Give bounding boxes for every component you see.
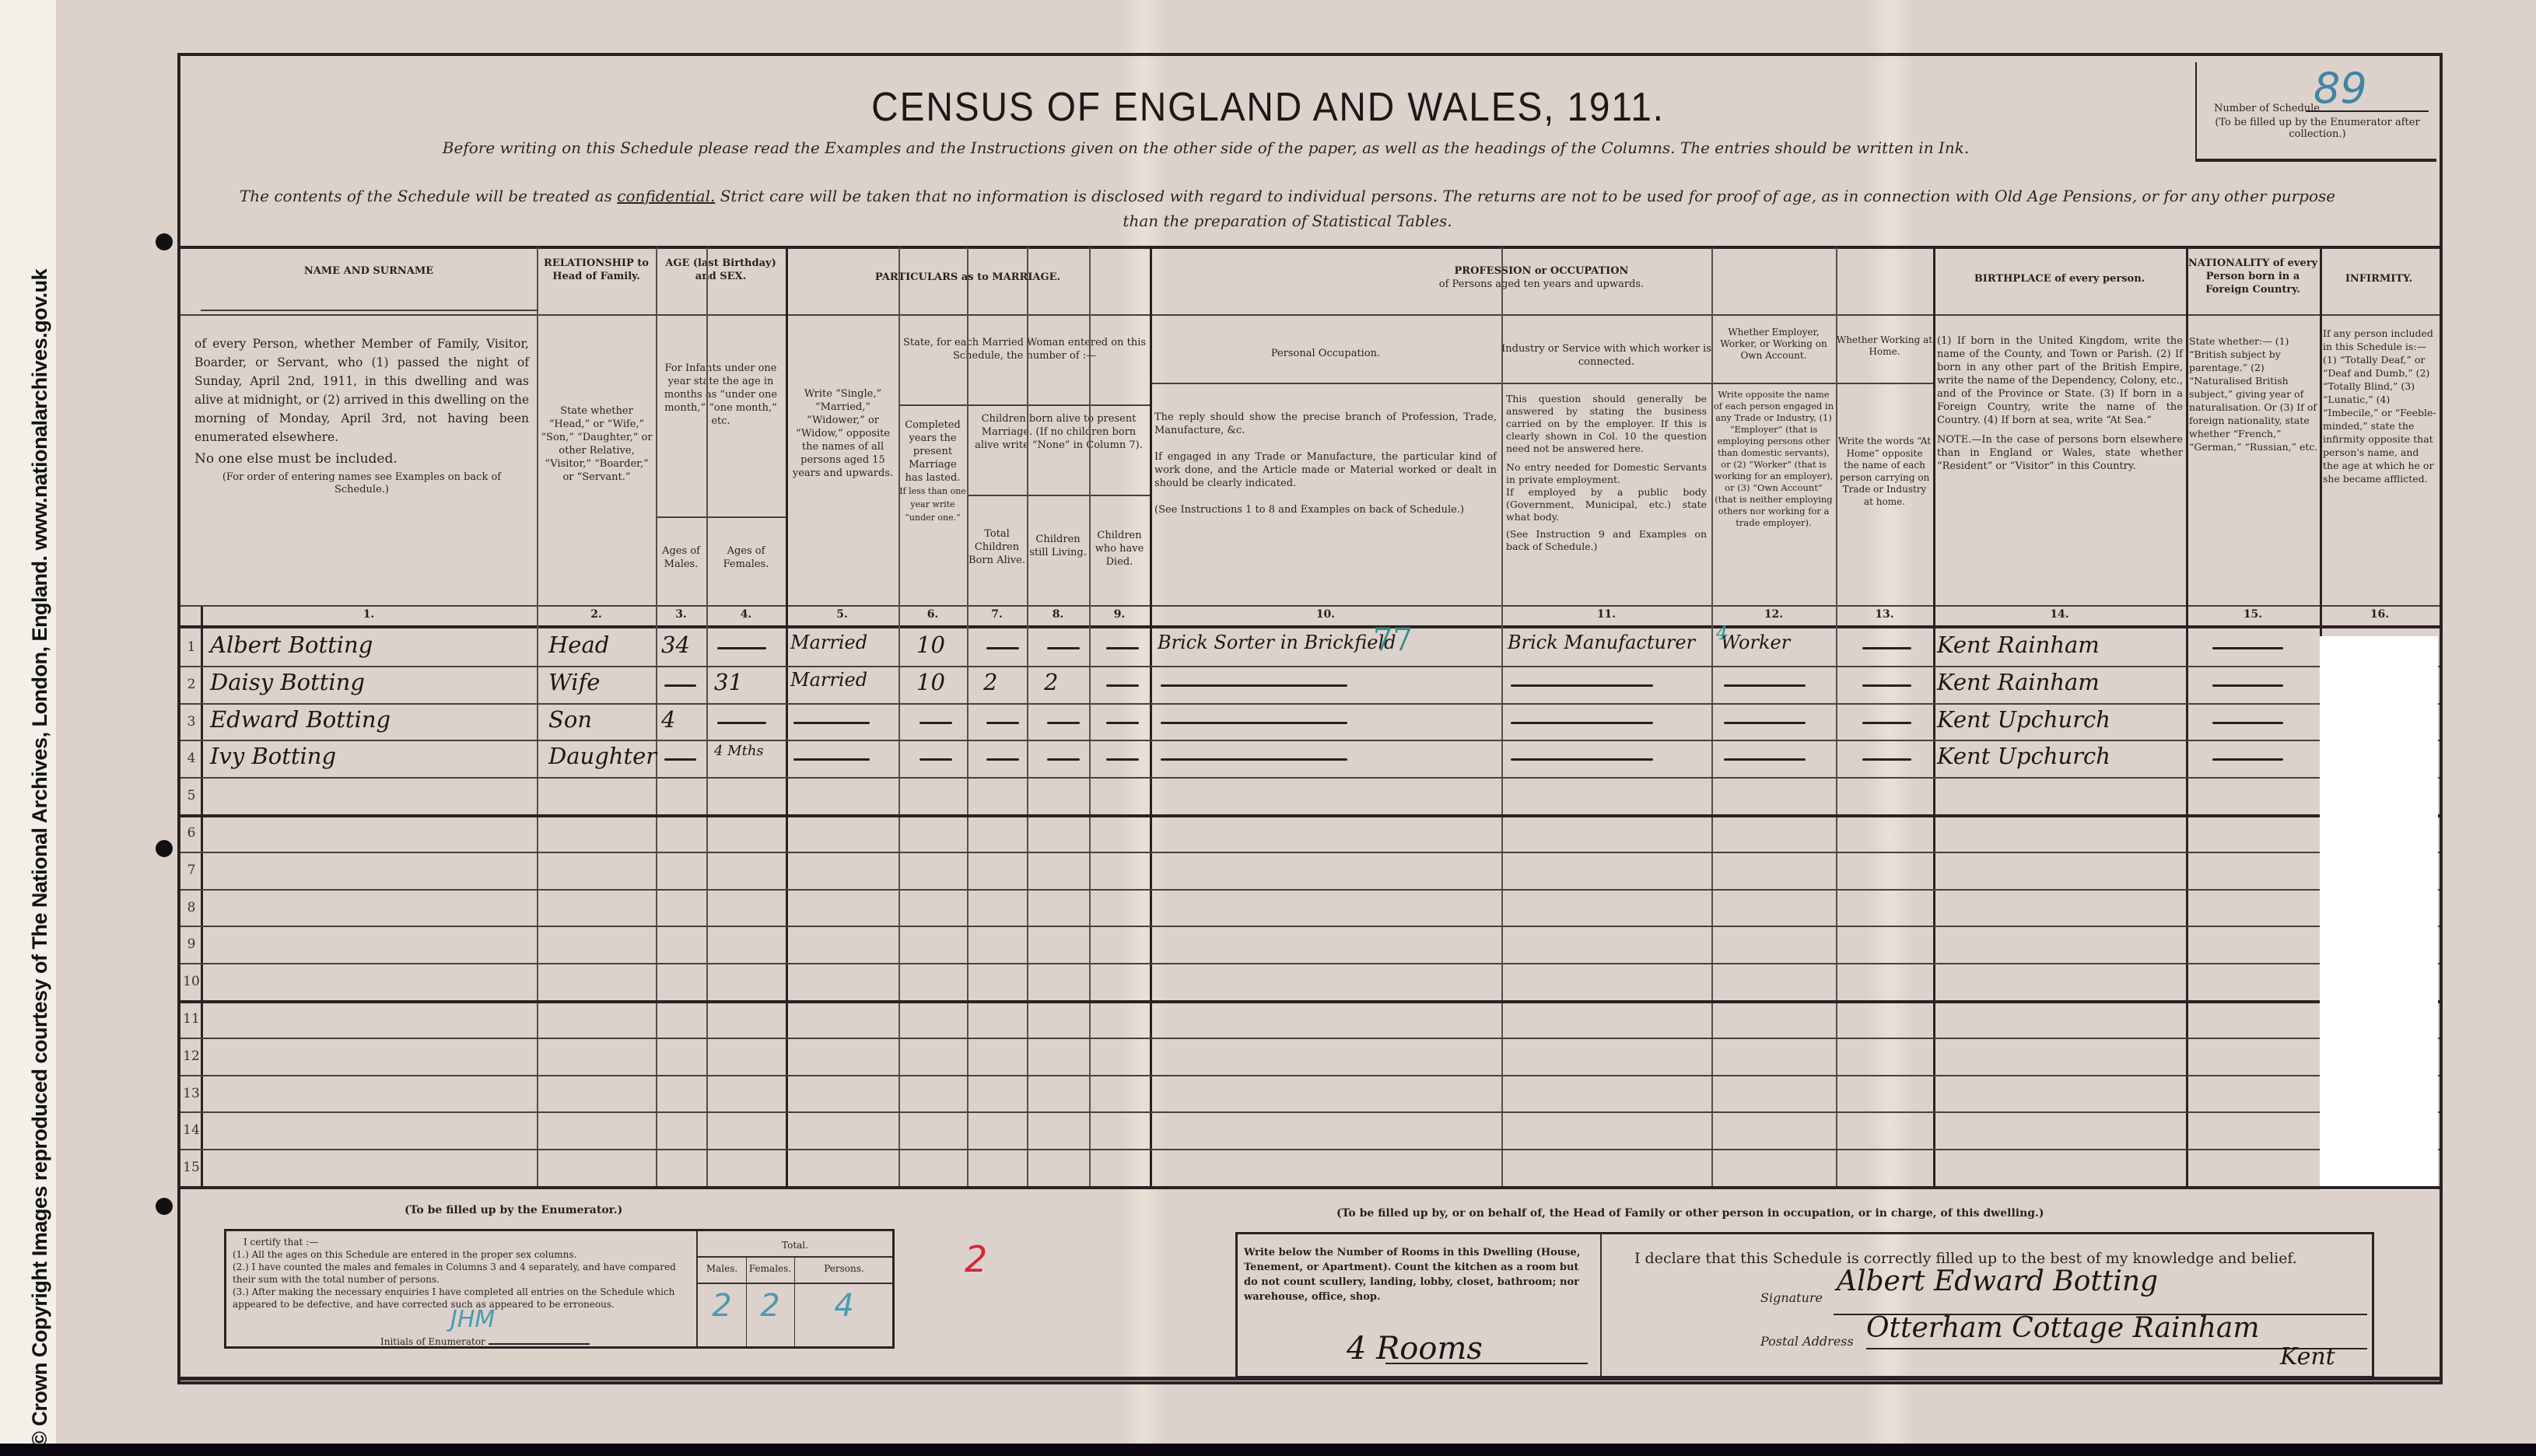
row-number: 11	[180, 1011, 202, 1027]
table-top-rule	[180, 246, 2440, 249]
copyright-watermark: © Crown Copyright Images reproduced cour…	[28, 269, 52, 1447]
rule-occupation-sub	[1150, 383, 1933, 384]
children-died-cell-dash	[1106, 647, 1139, 649]
row-number: 9	[180, 936, 202, 952]
condition-cell: Married	[790, 632, 867, 653]
children-living-cell-dash	[1047, 647, 1080, 649]
occupation-cell-dash	[1161, 722, 1347, 724]
header-age-males: Ages of Males.	[656, 544, 706, 571]
column-divider	[2440, 247, 2442, 1188]
column-number: 15.	[2186, 608, 2320, 621]
employer-cell-dash	[1724, 684, 1806, 687]
rooms-underline	[1385, 1363, 1588, 1364]
address-line1: Otterham Cottage Rainham	[1866, 1312, 2259, 1344]
header-children-group: Children born alive to present Marriage.…	[969, 412, 1149, 452]
home-cell-dash	[1862, 684, 1911, 687]
rooms-value: 4 Rooms	[1347, 1331, 1483, 1367]
row-number: 6	[180, 825, 202, 841]
column-number: 6.	[898, 608, 967, 621]
females-label: Females.	[746, 1262, 794, 1275]
row-number: 4	[180, 751, 202, 766]
column-divider	[1711, 247, 1713, 1188]
birthplace-cell: Kent Upchurch	[1937, 706, 2110, 733]
row-number: 8	[180, 900, 202, 915]
relationship-cell: Son	[548, 706, 592, 733]
binding-hole	[156, 840, 173, 857]
name-cell: Edward Botting	[210, 706, 391, 733]
column-number: 7.	[967, 608, 1027, 621]
column-divider	[656, 247, 657, 1188]
children-living-cell-dash	[1047, 722, 1080, 724]
row-number: 10	[180, 974, 202, 989]
column-number: 4.	[706, 608, 786, 621]
column-divider	[1836, 247, 1837, 1188]
children-total-cell-dash	[986, 647, 1019, 649]
schedule-number-value: 89	[2314, 64, 2367, 113]
header-age-females: Ages of Females.	[706, 544, 786, 571]
row-number: 5	[180, 788, 202, 803]
row-rule	[180, 963, 2440, 964]
children-died-cell-dash	[1106, 722, 1139, 724]
header-relationship-title: RELATIONSHIP to Head of Family.	[537, 257, 656, 283]
row-number: 1	[180, 639, 202, 655]
column-number: 16.	[2320, 608, 2440, 621]
row-rule	[180, 703, 2440, 705]
years-married-cell: 10	[916, 669, 945, 695]
header-nationality-title: NATIONALITY of every Person born in a Fo…	[2186, 257, 2320, 296]
age-males-cell-dash	[664, 684, 696, 687]
instruction-line: Before writing on this Schedule please r…	[311, 138, 2100, 157]
row-number: 2	[180, 677, 202, 692]
industry-cell: Brick Manufacturer	[1508, 632, 1695, 653]
colnum-bottom-rule	[180, 625, 2440, 628]
infirmity-column-redacted	[2320, 636, 2438, 1190]
children-died-cell-dash	[1106, 684, 1139, 687]
enumerator-initials: JHM	[450, 1314, 495, 1326]
children-total-cell-dash	[986, 722, 1019, 724]
years-married-cell: 10	[916, 632, 945, 658]
address-line2: Kent	[2280, 1343, 2335, 1370]
row-rule	[180, 740, 2440, 741]
home-cell-dash	[1862, 647, 1911, 649]
schedule-number-rule	[2306, 110, 2429, 112]
header-personal-occupation: Personal Occupation.	[1150, 347, 1501, 360]
header-age-body: For Infants under one year state the age…	[657, 362, 784, 428]
column-number: 2.	[537, 608, 656, 621]
males-label: Males.	[698, 1262, 746, 1275]
row-rule	[180, 814, 2440, 817]
persons-label: Persons.	[794, 1262, 894, 1275]
age-males-cell: 34	[661, 632, 690, 658]
row-rule	[180, 1075, 2440, 1076]
birthplace-cell: Kent Rainham	[1937, 669, 2100, 695]
nationality-cell-dash	[2212, 647, 2283, 649]
header-age-title: AGE (last Birthday) and SEX.	[656, 257, 786, 283]
header-group-rule	[180, 314, 2440, 316]
column-divider	[2186, 247, 2188, 1188]
home-cell-dash	[1862, 758, 1911, 761]
occupation-code-mark: 77	[1373, 622, 1413, 658]
row-number: 7	[180, 863, 202, 878]
name-cell: Albert Botting	[210, 632, 373, 658]
children-died-cell-dash	[1106, 758, 1139, 761]
nationality-cell-dash	[2212, 758, 2283, 761]
row-number: 15	[180, 1160, 202, 1175]
column-number: 5.	[786, 608, 898, 621]
copyright-margin: © Crown Copyright Images reproduced cour…	[0, 0, 56, 1456]
age-females-cell: 4 Mths	[714, 743, 764, 759]
signature-value: Albert Edward Botting	[1837, 1265, 2158, 1297]
children-total-cell: 2	[983, 669, 997, 695]
header-industry: Industry or Service with which worker is…	[1501, 342, 1711, 369]
header-birthplace-title: BIRTHPLACE of every person.	[1933, 272, 2186, 285]
totals-label: Total.	[698, 1239, 892, 1251]
relationship-cell: Wife	[548, 669, 600, 695]
column-number: 14.	[1933, 608, 2186, 621]
column-number: 12.	[1711, 608, 1836, 621]
occupation-cell: Brick Sorter in Brickfield	[1158, 632, 1396, 653]
column-divider	[1089, 247, 1091, 1188]
confidential-suffix: Strict care will be taken that no inform…	[715, 187, 2335, 205]
confidential-notice: The contents of the Schedule will be tre…	[187, 187, 2388, 205]
row-rule	[180, 666, 2440, 667]
header-personal-occupation-body: The reply should show the precise branch…	[1154, 411, 1497, 516]
initials-label: Initials of Enumerator	[380, 1336, 485, 1347]
employer-cell-dash	[1724, 722, 1806, 724]
schedule-number-box: Number of Schedule 89 (To be filled up b…	[2195, 62, 2436, 162]
column-divider	[1501, 247, 1503, 1188]
header-employer-body: Write opposite the name of each person e…	[1713, 389, 1834, 529]
persons-total: 4	[794, 1300, 894, 1312]
rule-children-group	[967, 495, 1150, 496]
header-bottom-rule	[180, 605, 2440, 607]
nationality-cell-dash	[2212, 684, 2283, 687]
males-total: 2	[698, 1300, 746, 1312]
column-number: 1.	[201, 608, 537, 621]
column-number: 11.	[1501, 608, 1711, 621]
column-divider	[1150, 247, 1152, 1188]
children-total-cell-dash	[986, 758, 1019, 761]
column-divider	[1027, 247, 1028, 1188]
relationship-cell: Daughter	[548, 743, 657, 769]
condition-cell: Married	[790, 669, 867, 691]
occupation-cell-dash	[1161, 684, 1347, 687]
row-rule	[180, 777, 2440, 779]
column-number: 9.	[1089, 608, 1150, 621]
condition-cell-dash	[793, 722, 870, 724]
condition-cell-dash	[793, 758, 870, 761]
row-rule	[180, 852, 2440, 853]
nationality-cell-dash	[2212, 722, 2283, 724]
row-number: 3	[180, 714, 202, 730]
row-rule	[180, 1149, 2440, 1150]
row-number: 12	[180, 1048, 202, 1064]
column-number: 13.	[1836, 608, 1933, 621]
row-number: 13	[180, 1086, 202, 1101]
binding-hole	[156, 1198, 173, 1215]
form-title: CENSUS OF ENGLAND AND WALES, 1911.	[101, 84, 2434, 131]
scan-edge	[0, 1444, 2536, 1456]
header-home: Whether Working at Home.	[1836, 334, 1933, 358]
column-number: 8.	[1027, 608, 1089, 621]
header-condition-body: Write “Single,” “Married,” “Widower,” or…	[787, 387, 898, 480]
row-rule	[180, 926, 2440, 927]
column-number: 3.	[656, 608, 706, 621]
row-rule	[180, 1111, 2440, 1113]
header-relationship-body: State whether “Head,” or “Wife,” “Son,” …	[538, 404, 655, 484]
column-divider	[967, 247, 969, 1188]
schedule-number-note: (To be filled up by the Enumerator after…	[2205, 117, 2430, 140]
schedule-number-label: Number of Schedule	[2214, 103, 2320, 114]
enumerator-header: (To be filled up by the Enumerator.)	[405, 1204, 622, 1216]
rule-age-sexes	[656, 516, 786, 518]
children-living-cell-dash	[1047, 758, 1080, 761]
header-married-woman: State, for each Married Woman entered on…	[900, 336, 1149, 362]
header-name-body: of every Person, whether Member of Famil…	[194, 334, 529, 496]
address-label: Postal Address	[1760, 1334, 1854, 1349]
row-rule	[180, 1038, 2440, 1039]
row-rule	[180, 1000, 2440, 1003]
householder-header: (To be filled up by, or on behalf of, th…	[1336, 1207, 2044, 1220]
binding-hole	[156, 233, 173, 250]
employer-code-mark: 4	[1716, 622, 1728, 644]
header-employer: Whether Employer, Worker, or Working on …	[1711, 327, 1836, 362]
header-name-title: NAME AND SURNAME	[201, 264, 537, 278]
years-married-cell-dash	[919, 722, 952, 724]
name-cell: Daisy Botting	[210, 669, 365, 695]
signature-label: Signature	[1760, 1290, 1823, 1305]
enumerator-certificate-box: I certify that :— (1.) All the ages on t…	[224, 1229, 895, 1349]
birthplace-cell: Kent Rainham	[1937, 632, 2100, 658]
header-birthplace-body: (1) If born in the United Kingdom, write…	[1937, 334, 2183, 473]
header-children-living: Children still Living.	[1027, 533, 1089, 559]
householder-box: Write below the Number of Rooms in this …	[1235, 1232, 2374, 1378]
females-total: 2	[746, 1300, 794, 1312]
totals-table: Total. Males. Females. Persons. 2 2 4	[696, 1231, 892, 1346]
table-bottom-rule	[180, 1186, 2440, 1189]
confidential-notice-line2: than the preparation of Statistical Tabl…	[187, 212, 2388, 230]
column-divider	[898, 247, 900, 1188]
red-ink-mark: 2	[965, 1238, 987, 1280]
column-divider	[786, 247, 788, 1188]
row-number: 14	[180, 1122, 202, 1138]
column-divider	[706, 247, 708, 1188]
header-occupation-title: PROFESSION or OCCUPATIONof Persons aged …	[1150, 264, 1933, 291]
age-males-cell: 4	[661, 706, 675, 733]
home-cell-dash	[1862, 722, 1911, 724]
header-infirmity-title: INFIRMITY.	[2320, 272, 2438, 285]
confidential-prefix: The contents of the Schedule will be tre…	[240, 187, 617, 205]
employer-cell: Worker	[1721, 632, 1790, 653]
industry-cell-dash	[1511, 722, 1653, 724]
form-bottom-rule	[180, 1377, 2440, 1381]
industry-cell-dash	[1511, 684, 1653, 687]
header-home-body: Write the words “At Home” opposite the n…	[1837, 436, 1932, 508]
confidential-word: confidential.	[617, 187, 715, 205]
birthplace-cell: Kent Upchurch	[1937, 743, 2110, 769]
header-occupation-subtitle: of Persons aged ten years and upwards.	[1439, 278, 1644, 290]
header-nationality-body: State whether:— (1) “British subject by …	[2189, 334, 2318, 453]
column-divider	[1933, 247, 1935, 1188]
column-number: 10.	[1150, 608, 1501, 621]
rule-married-woman	[898, 404, 1150, 406]
enumerator-certificate: I certify that :— (1.) All the ages on t…	[233, 1236, 692, 1311]
declaration: I declare that this Schedule is correctl…	[1634, 1250, 2297, 1267]
header-children-died: Children who have Died.	[1089, 529, 1150, 569]
age-females-cell-dash	[717, 722, 766, 724]
column-divider	[537, 247, 538, 1188]
header-industry-body: This question should generally be answer…	[1506, 393, 1707, 553]
rule-name-sub	[201, 310, 537, 311]
age-males-cell-dash	[664, 758, 696, 761]
relationship-cell: Head	[548, 632, 609, 658]
industry-cell-dash	[1511, 758, 1653, 761]
children-living-cell: 2	[1044, 669, 1058, 695]
header-children-total: Total Children Born Alive.	[967, 527, 1027, 567]
employer-cell-dash	[1724, 758, 1806, 761]
age-females-cell-dash	[717, 647, 766, 649]
row-rule	[180, 889, 2440, 891]
years-married-cell-dash	[919, 758, 952, 761]
age-females-cell: 31	[714, 669, 743, 695]
occupation-cell-dash	[1161, 758, 1347, 761]
header-infirmity-body: If any person included in this Schedule …	[2323, 327, 2436, 485]
name-cell: Ivy Botting	[210, 743, 336, 769]
header-years-married: Completed years the present Marriage has…	[898, 418, 967, 524]
